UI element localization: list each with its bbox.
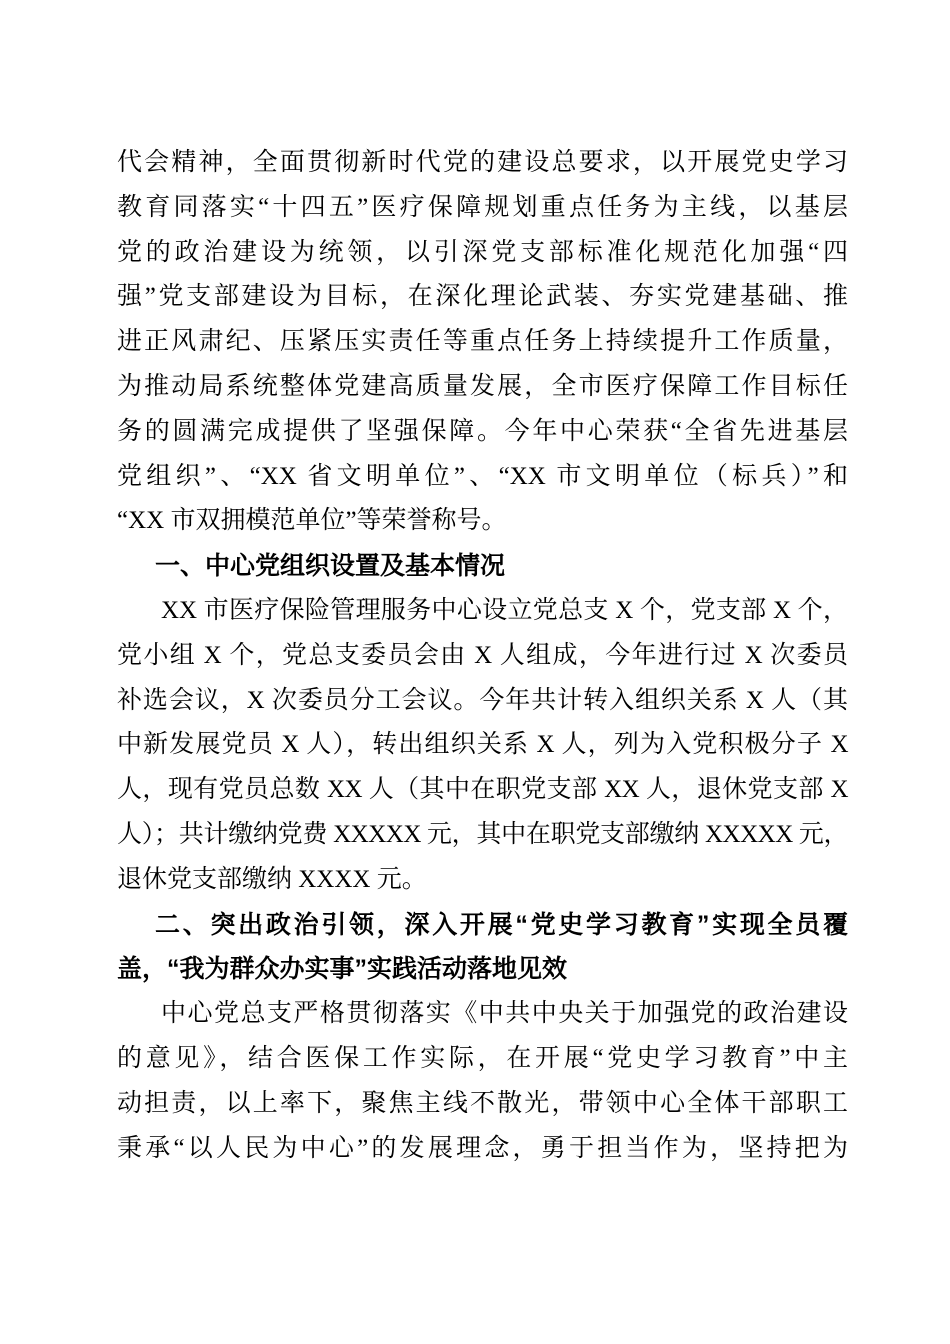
text-line-1: 代会精神，全面贯彻新时代党的建设总要求，以开展党史学习 bbox=[117, 141, 848, 186]
text-line-2: 教育同落实“十四五”医疗保障规划重点任务为主线，以基层 bbox=[117, 186, 848, 231]
text-line-6: 为推动局系统整体党建高质量发展，全市医疗保障工作目标任 bbox=[117, 365, 848, 410]
text-line-10: 一、中心党组织设置及基本情况 bbox=[117, 544, 848, 589]
text-line-9: “XX 市双拥模范单位”等荣誉称号。 bbox=[117, 499, 848, 544]
document-page: { "page": { "background_color": "#ffffff… bbox=[0, 0, 950, 1344]
text-line-20: 中心党总支严格贯彻落实《中共中央关于加强党的政治建设 bbox=[117, 992, 848, 1037]
text-line-5: 进正风肃纪、压紧压实责任等重点任务上持续提升工作质量， bbox=[117, 320, 848, 365]
text-line-12: 党小组 X 个，党总支委员会由 X 人组成，今年进行过 X 次委员 bbox=[117, 634, 848, 679]
text-line-11: XX 市医疗保险管理服务中心设立党总支 X 个，党支部 X 个， bbox=[117, 589, 848, 634]
text-line-19: 盖，“我为群众办实事”实践活动落地见效 bbox=[117, 947, 848, 992]
page-background: 代会精神，全面贯彻新时代党的建设总要求，以开展党史学习教育同落实“十四五”医疗保… bbox=[0, 0, 950, 1344]
text-line-18: 二、突出政治引领，深入开展“党史学习教育”实现全员覆 bbox=[117, 903, 848, 948]
text-line-13: 补选会议，X 次委员分工会议。今年共计转入组织关系 X 人（其 bbox=[117, 679, 848, 724]
text-line-8: 党组织”、“XX 省文明单位”、“XX 市文明单位（标兵）”和 bbox=[117, 455, 848, 500]
text-line-7: 务的圆满完成提供了坚强保障。今年中心荣获“全省先进基层 bbox=[117, 410, 848, 455]
text-line-17: 退休党支部缴纳 XXXX 元。 bbox=[117, 858, 848, 903]
text-block: 代会精神，全面贯彻新时代党的建设总要求，以开展党史学习教育同落实“十四五”医疗保… bbox=[117, 141, 848, 1171]
text-line-16: 人）；共计缴纳党费 XXXXX 元，其中在职党支部缴纳 XXXXX 元， bbox=[117, 813, 848, 858]
text-line-4: 强”党支部建设为目标，在深化理论武装、夯实党建基础、推 bbox=[117, 275, 848, 320]
text-line-15: 人，现有党员总数 XX 人（其中在职党支部 XX 人，退休党支部 X bbox=[117, 768, 848, 813]
text-line-3: 党的政治建设为统领，以引深党支部标准化规范化加强“四 bbox=[117, 231, 848, 276]
text-line-14: 中新发展党员 X 人），转出组织关系 X 人，列为入党积极分子 X bbox=[117, 723, 848, 768]
text-line-23: 秉承“以人民为中心”的发展理念，勇于担当作为，坚持把为 bbox=[117, 1127, 848, 1172]
text-line-22: 动担责，以上率下，聚焦主线不散光，带领中心全体干部职工 bbox=[117, 1082, 848, 1127]
text-line-21: 的意见》，结合医保工作实际，在开展“党史学习教育”中主 bbox=[117, 1037, 848, 1082]
